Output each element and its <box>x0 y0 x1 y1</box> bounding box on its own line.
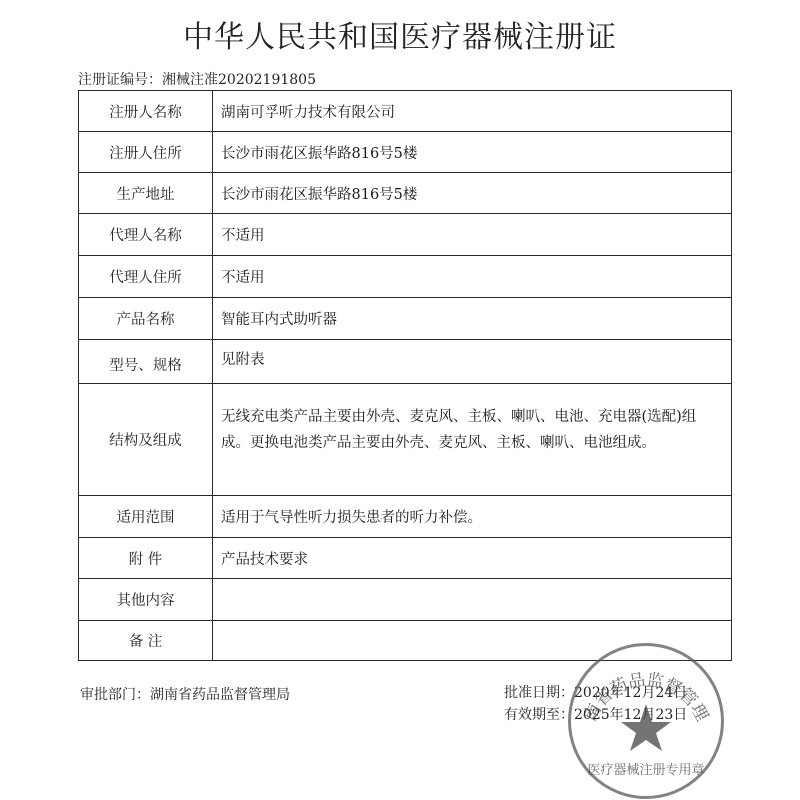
table-row: 适用范围 适用于气导性听力损失患者的听力补偿。 <box>79 496 732 538</box>
valid-until-label: 有效期至： <box>504 707 574 723</box>
row-value: 产品技术要求 <box>213 538 732 579</box>
row-label: 型号、规格 <box>79 340 213 384</box>
row-value: 湖南可孚听力技术有限公司 <box>213 91 732 132</box>
row-label: 代理人住所 <box>79 256 213 298</box>
valid-until: 有效期至：2025年12月23日 <box>504 704 687 726</box>
row-value: 智能耳内式助听器 <box>213 298 732 340</box>
row-value: 见附表 <box>213 340 732 384</box>
row-label: 注册人名称 <box>79 91 213 132</box>
table-row: 产品名称 智能耳内式助听器 <box>79 298 732 340</box>
table-row: 注册人住所 长沙市雨花区振华路816号5楼 <box>79 132 732 173</box>
seal-bottom-text: 医疗器械注册专用章 <box>587 762 704 778</box>
row-value <box>213 579 732 621</box>
table-row: 附 件 产品技术要求 <box>79 538 732 579</box>
row-value: 无线充电类产品主要由外壳、麦克风、主板、喇叭、电池、充电器(选配)组成。更换电池… <box>213 384 732 496</box>
row-label: 结构及组成 <box>79 384 213 496</box>
table-row: 结构及组成 无线充电类产品主要由外壳、麦克风、主板、喇叭、电池、充电器(选配)组… <box>79 384 732 496</box>
table-row: 代理人名称 不适用 <box>79 214 732 256</box>
table-row: 型号、规格 见附表 <box>79 340 732 384</box>
approval-department-value: 湖南省药品监督管理局 <box>150 687 290 703</box>
registration-number: 湘械注准20202191805 <box>162 72 316 88</box>
row-value: 不适用 <box>213 256 732 298</box>
registration-number-line: 注册证编号：湘械注准20202191805 <box>78 69 316 89</box>
row-label: 产品名称 <box>79 298 213 340</box>
approval-date-label: 批准日期： <box>504 685 574 701</box>
table-row: 注册人名称 湖南可孚听力技术有限公司 <box>79 91 732 132</box>
row-value: 长沙市雨花区振华路816号5楼 <box>213 173 732 214</box>
row-value <box>213 621 732 661</box>
row-label: 其他内容 <box>79 579 213 621</box>
table-row: 备 注 <box>79 621 732 661</box>
row-label: 注册人住所 <box>79 132 213 173</box>
table-row: 代理人住所 不适用 <box>79 256 732 298</box>
registration-number-label: 注册证编号： <box>78 72 162 88</box>
approval-dates: 批准日期：2020年12月24日 有效期至：2025年12月23日 <box>504 682 687 726</box>
document-title: 中华人民共和国医疗器械注册证 <box>0 12 800 56</box>
certificate-table: 注册人名称 湖南可孚听力技术有限公司 注册人住所 长沙市雨花区振华路816号5楼… <box>78 90 732 661</box>
row-label: 生产地址 <box>79 173 213 214</box>
approval-date-value: 2020年12月24日 <box>574 685 687 701</box>
table-row: 其他内容 <box>79 579 732 621</box>
approval-date: 批准日期：2020年12月24日 <box>504 682 687 704</box>
row-value: 不适用 <box>213 214 732 256</box>
approval-department-label: 审批部门： <box>80 687 150 703</box>
valid-until-value: 2025年12月23日 <box>574 707 687 723</box>
row-label: 附 件 <box>79 538 213 579</box>
row-label: 适用范围 <box>79 496 213 538</box>
row-label: 备 注 <box>79 621 213 661</box>
row-label: 代理人名称 <box>79 214 213 256</box>
row-value: 长沙市雨花区振华路816号5楼 <box>213 132 732 173</box>
approval-department: 审批部门：湖南省药品监督管理局 <box>80 684 290 704</box>
row-value: 适用于气导性听力损失患者的听力补偿。 <box>213 496 732 538</box>
table-row: 生产地址 长沙市雨花区振华路816号5楼 <box>79 173 732 214</box>
